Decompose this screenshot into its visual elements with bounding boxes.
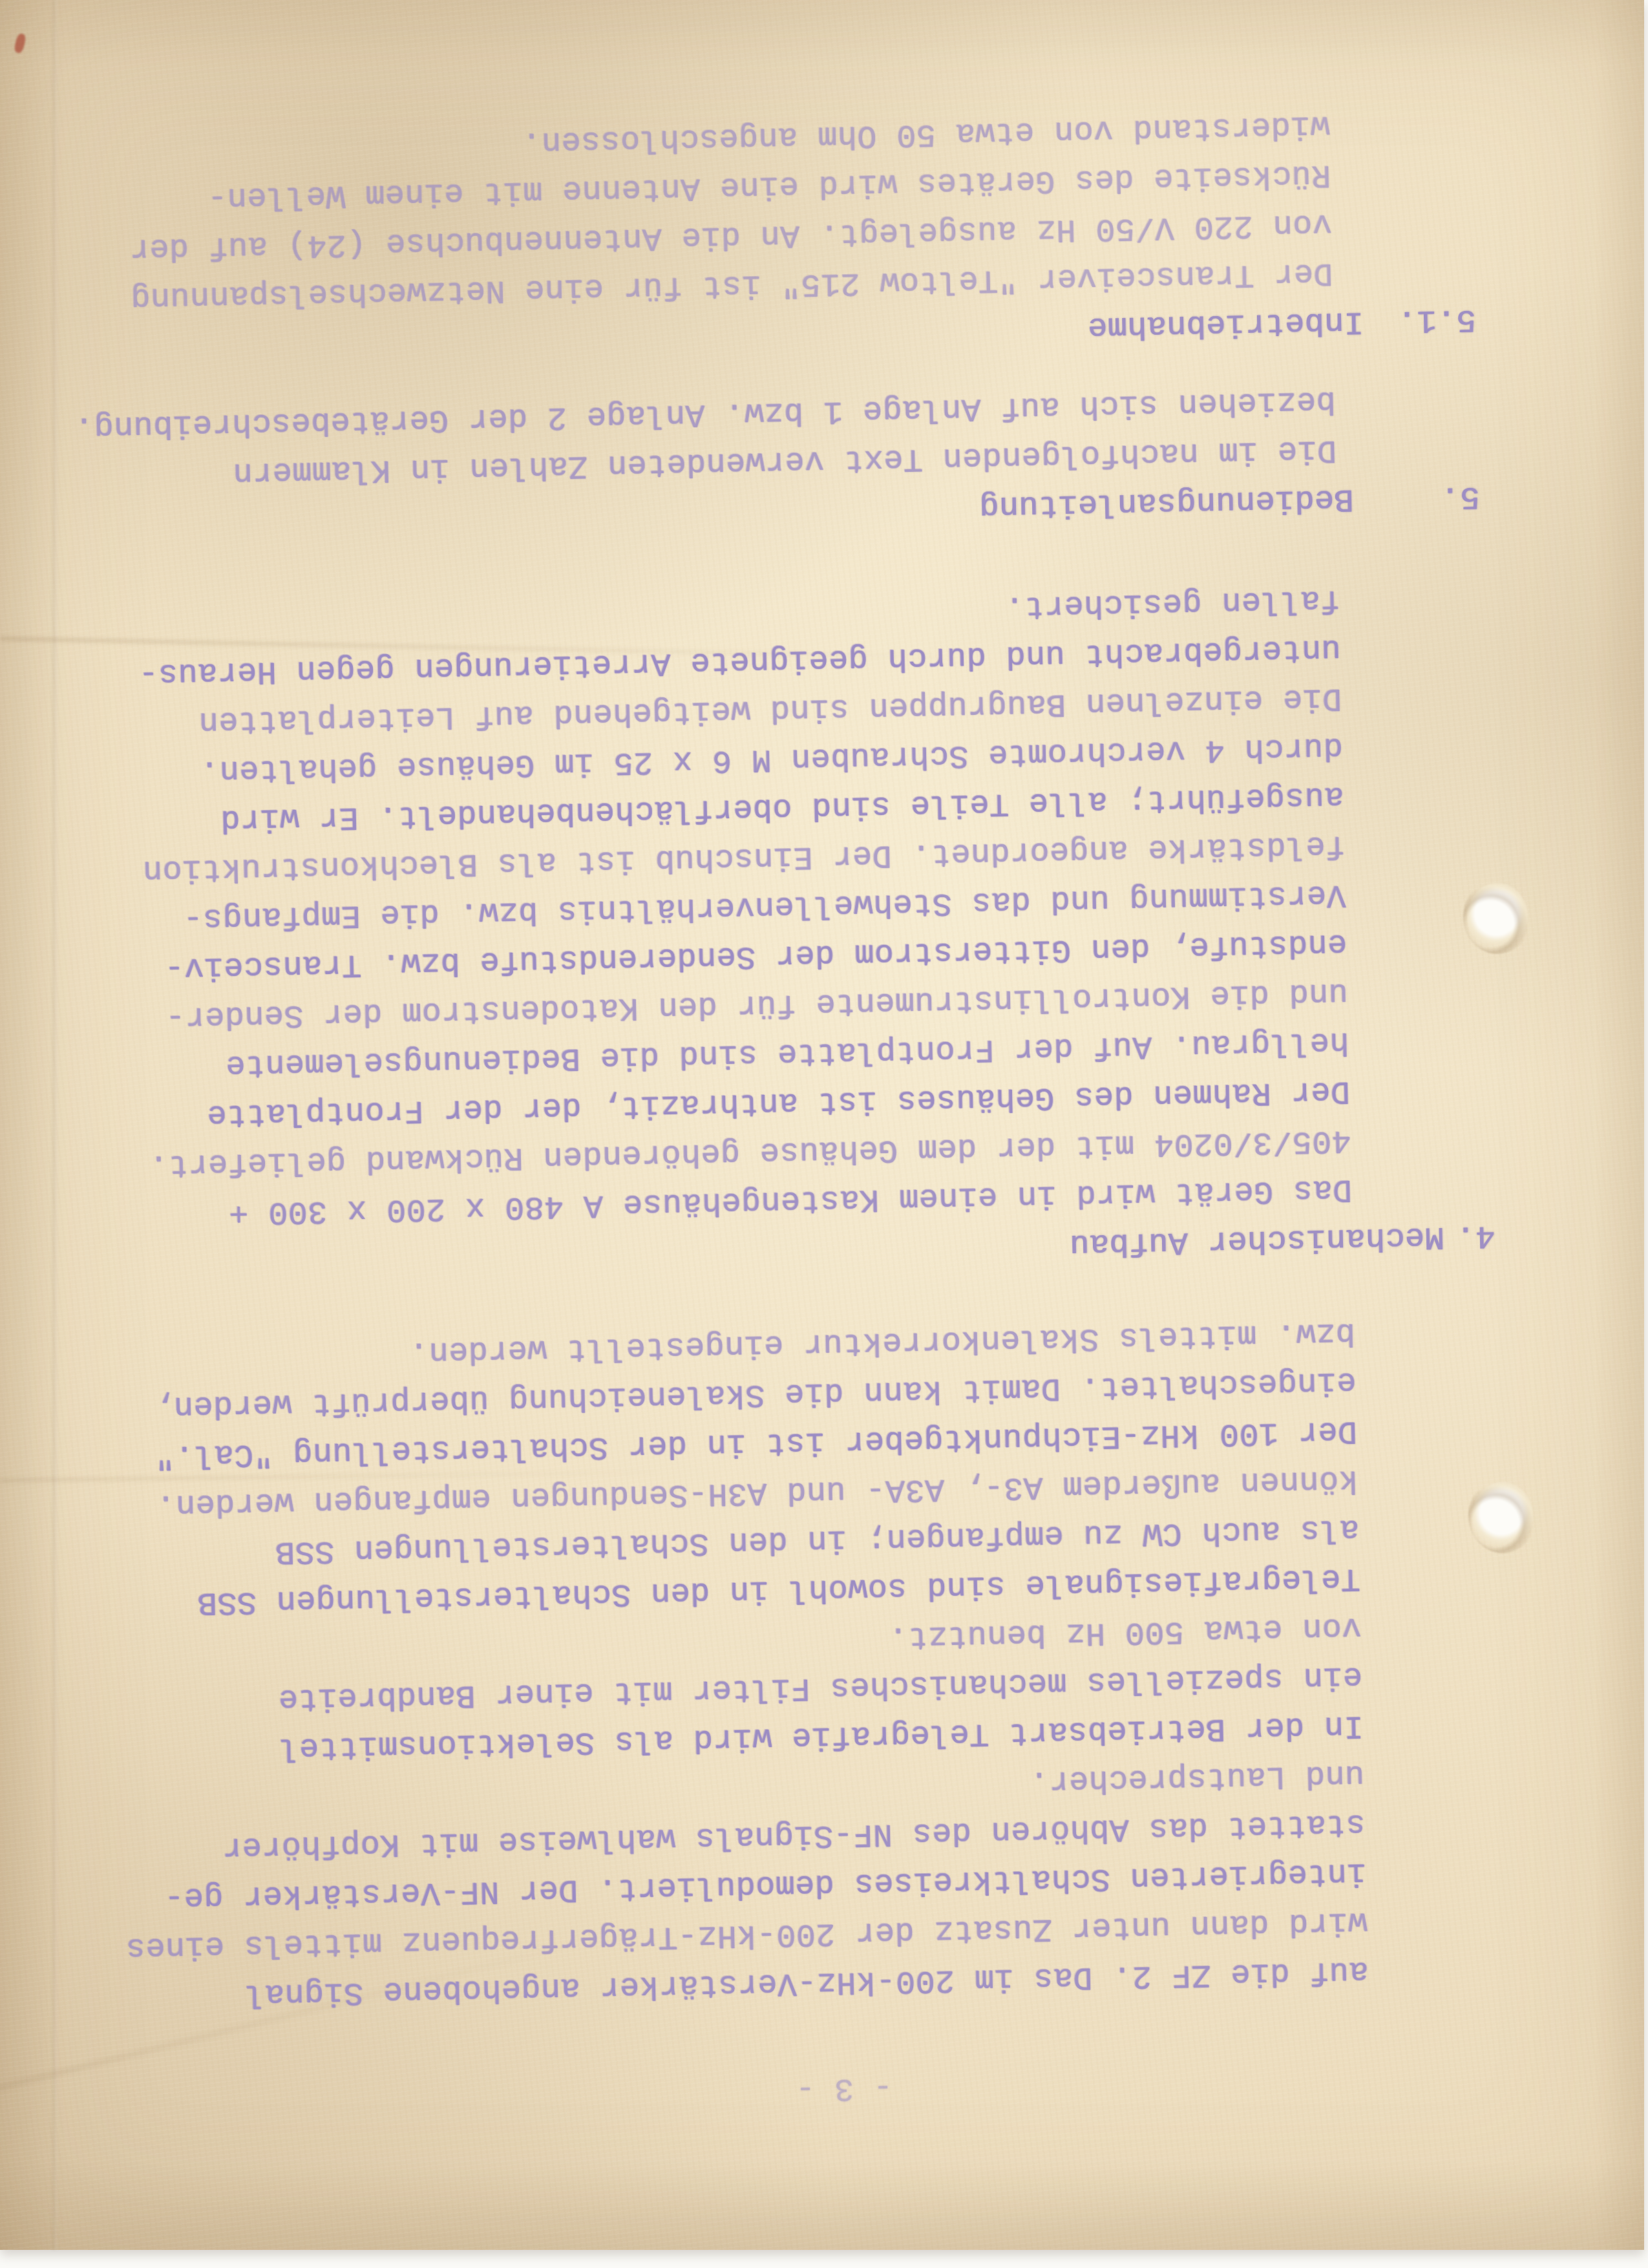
paragraph-mechanical-construction: Das Gerät wird in einem Kastengehäuse A … (28, 572, 1495, 1241)
punch-hole (1467, 883, 1528, 950)
section-title: Bedienungsanleitung (979, 474, 1355, 531)
page-content-rotated: - 3 - auf die ZF 2. Das im 200-kHz-Verst… (0, 0, 1648, 2266)
section-title: Mechanischer Aufbau (1070, 1211, 1445, 1268)
punch-hole (1472, 1482, 1533, 1549)
paragraph-commissioning: Der Transceiver "Teltow 215" ist für ein… (17, 98, 1475, 324)
section-number: 5.1. (1397, 294, 1477, 345)
typewritten-text: auf die ZF 2. Das im 200-kHz-Verstärker … (17, 98, 1516, 2265)
paragraph-receiver-description: auf die ZF 2. Das im 200-kHz-Verstärker … (43, 1304, 1512, 2022)
section-number: 5. (1440, 471, 1481, 521)
section-number: 4. (1455, 1210, 1496, 1260)
document-page: - 3 - auf die ZF 2. Das im 200-kHz-Verst… (0, 0, 1644, 2250)
section-title: Inbetriebnahme (1087, 296, 1364, 351)
